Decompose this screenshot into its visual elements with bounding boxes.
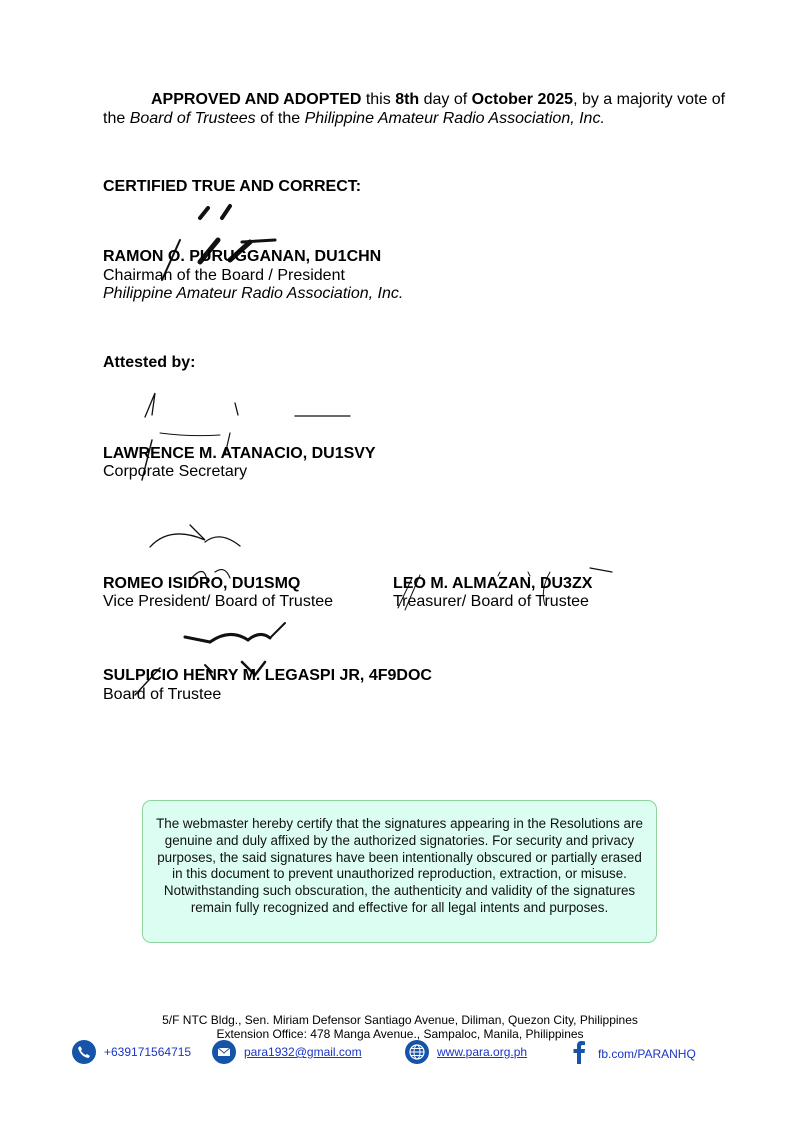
vice-president-name: ROMEO ISIDRO, DU1SMQ — [103, 574, 300, 593]
certified-heading: CERTIFIED TRUE AND CORRECT: — [103, 178, 361, 196]
secretary-name: LAWRENCE M. ATANACIO, DU1SVY — [103, 444, 376, 463]
secretary-role: Corporate Secretary — [103, 462, 247, 481]
contact-phone: +639171564715 — [72, 1040, 191, 1064]
footer-address-extension: Extension Office: 478 Manga Avenue., Sam… — [0, 1027, 800, 1041]
day-value: 8th — [395, 91, 419, 108]
signature-notice-box: The webmaster hereby certify that the si… — [142, 800, 657, 943]
president-role: Chairman of the Board / President — [103, 266, 345, 285]
website-link[interactable]: www.para.org.ph — [437, 1045, 527, 1059]
treasurer-name: LEO M. ALMAZAN, DU3ZX — [393, 574, 592, 593]
attested-heading: Attested by: — [103, 354, 195, 372]
contact-email[interactable]: para1932@gmail.com — [212, 1040, 362, 1064]
vice-president-role: Vice President/ Board of Trustee — [103, 592, 333, 611]
email-link[interactable]: para1932@gmail.com — [244, 1045, 362, 1059]
contact-website[interactable]: www.para.org.ph — [405, 1040, 527, 1064]
globe-icon — [405, 1040, 429, 1064]
resolution-paragraph: APPROVED AND ADOPTED this 8th day of Oct… — [103, 90, 728, 128]
contact-facebook[interactable]: fb.com/PARANHQ — [572, 1040, 696, 1067]
facebook-icon — [572, 1040, 590, 1067]
footer-address-main: 5/F NTC Bldg., Sen. Miriam Defensor Sant… — [0, 1013, 800, 1027]
board-name: Board of Trustees — [130, 110, 256, 127]
president-organization: Philippine Amateur Radio Association, In… — [103, 284, 403, 303]
treasurer-role: Treasurer/ Board of Trustee — [393, 592, 589, 611]
month-year-value: October 2025 — [472, 91, 573, 108]
phone-icon — [72, 1040, 96, 1064]
president-name: RAMON O. PURUGGANAN, DU1CHN — [103, 247, 381, 266]
approved-label: APPROVED AND ADOPTED — [151, 91, 361, 108]
organization-name: Philippine Amateur Radio Association, In… — [305, 110, 605, 127]
mail-icon — [212, 1040, 236, 1064]
trustee-role: Board of Trustee — [103, 685, 221, 704]
facebook-link[interactable]: fb.com/PARANHQ — [598, 1047, 696, 1061]
signature-notice-text: The webmaster hereby certify that the si… — [156, 816, 643, 915]
phone-number: +639171564715 — [104, 1045, 191, 1059]
trustee-name: SULPICIO HENRY M. LEGASPI JR, 4F9DOC — [103, 666, 432, 685]
